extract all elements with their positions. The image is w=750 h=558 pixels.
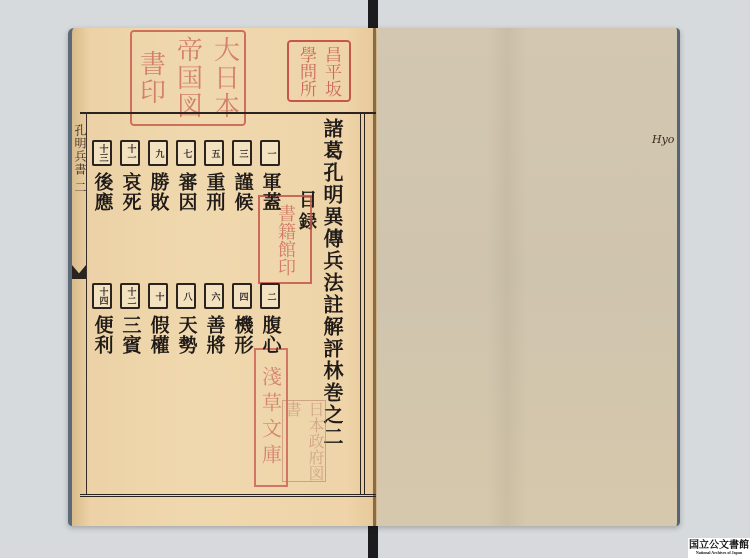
entry-number: 九 [148, 140, 168, 166]
archive-name-english: National Archives of Japan [696, 551, 742, 555]
handwritten-note: Hyo [652, 133, 674, 146]
entry-number: 十一 [120, 140, 140, 166]
entry-number: 四 [232, 283, 252, 309]
entry-label: 哀死 [121, 172, 140, 212]
entry-label: 腹心 [261, 315, 280, 355]
entry-label: 審因 [177, 172, 196, 212]
toc-entry: 一 軍蓋 [256, 140, 284, 212]
book-title: 諸葛孔明異傳兵法註解評林巻之二 [322, 118, 342, 448]
entry-label: 善將 [205, 315, 224, 355]
seal-faint-lower: 日本政府図書 [282, 400, 326, 482]
toc-entry: 十三 後應 [88, 140, 116, 212]
entry-number: 五 [204, 140, 224, 166]
toc-entry: 七 審因 [172, 140, 200, 212]
entry-number: 六 [204, 283, 224, 309]
entry-label: 假權 [149, 315, 168, 355]
hanshin-text: 孔明兵書 二 [72, 124, 89, 194]
toc-entry: 十一 哀死 [116, 140, 144, 212]
entry-number: 十 [148, 283, 168, 309]
entry-label: 勝敗 [149, 172, 168, 212]
entry-number: 十四 [92, 283, 112, 309]
toc-entry: 二 腹心 [256, 283, 284, 355]
toc-entry: 五 重刑 [200, 140, 228, 212]
entry-label: 重刑 [205, 172, 224, 212]
entry-label: 機形 [233, 315, 252, 355]
right-page [377, 28, 680, 526]
entry-number: 七 [176, 140, 196, 166]
entry-label: 天勢 [177, 315, 196, 355]
entry-number: 三 [232, 140, 252, 166]
seal-small-top: 昌平坂學問所 [287, 40, 351, 102]
toc-entry: 十二 三賓 [116, 283, 144, 355]
toc-entry: 十 假權 [144, 283, 172, 355]
entry-label: 後應 [93, 172, 112, 212]
book-spine-top [368, 0, 378, 30]
toc-entry: 十四 便利 [88, 283, 116, 355]
entry-number: 十三 [92, 140, 112, 166]
entry-label: 便利 [93, 315, 112, 355]
toc-entry: 九 勝敗 [144, 140, 172, 212]
entry-label: 軍蓋 [261, 172, 280, 212]
hanshin-margin: 孔明兵書 二 [72, 112, 87, 494]
entry-number: 十二 [120, 283, 140, 309]
entry-label: 謹候 [233, 172, 252, 212]
toc-entry: 三 謹候 [228, 140, 256, 212]
entry-number: 一 [260, 140, 280, 166]
printed-frame-right-border [360, 112, 365, 494]
entry-number: 八 [176, 283, 196, 309]
entry-label: 三賓 [121, 315, 140, 355]
toc-entry: 四 機形 [228, 283, 256, 355]
toc-entry: 八 天勢 [172, 283, 200, 355]
toc-entry: 六 善將 [200, 283, 228, 355]
archive-watermark: 国立公文書館 National Archives of Japan [688, 538, 750, 558]
book-spine-bottom [368, 525, 378, 558]
entry-number: 二 [260, 283, 280, 309]
